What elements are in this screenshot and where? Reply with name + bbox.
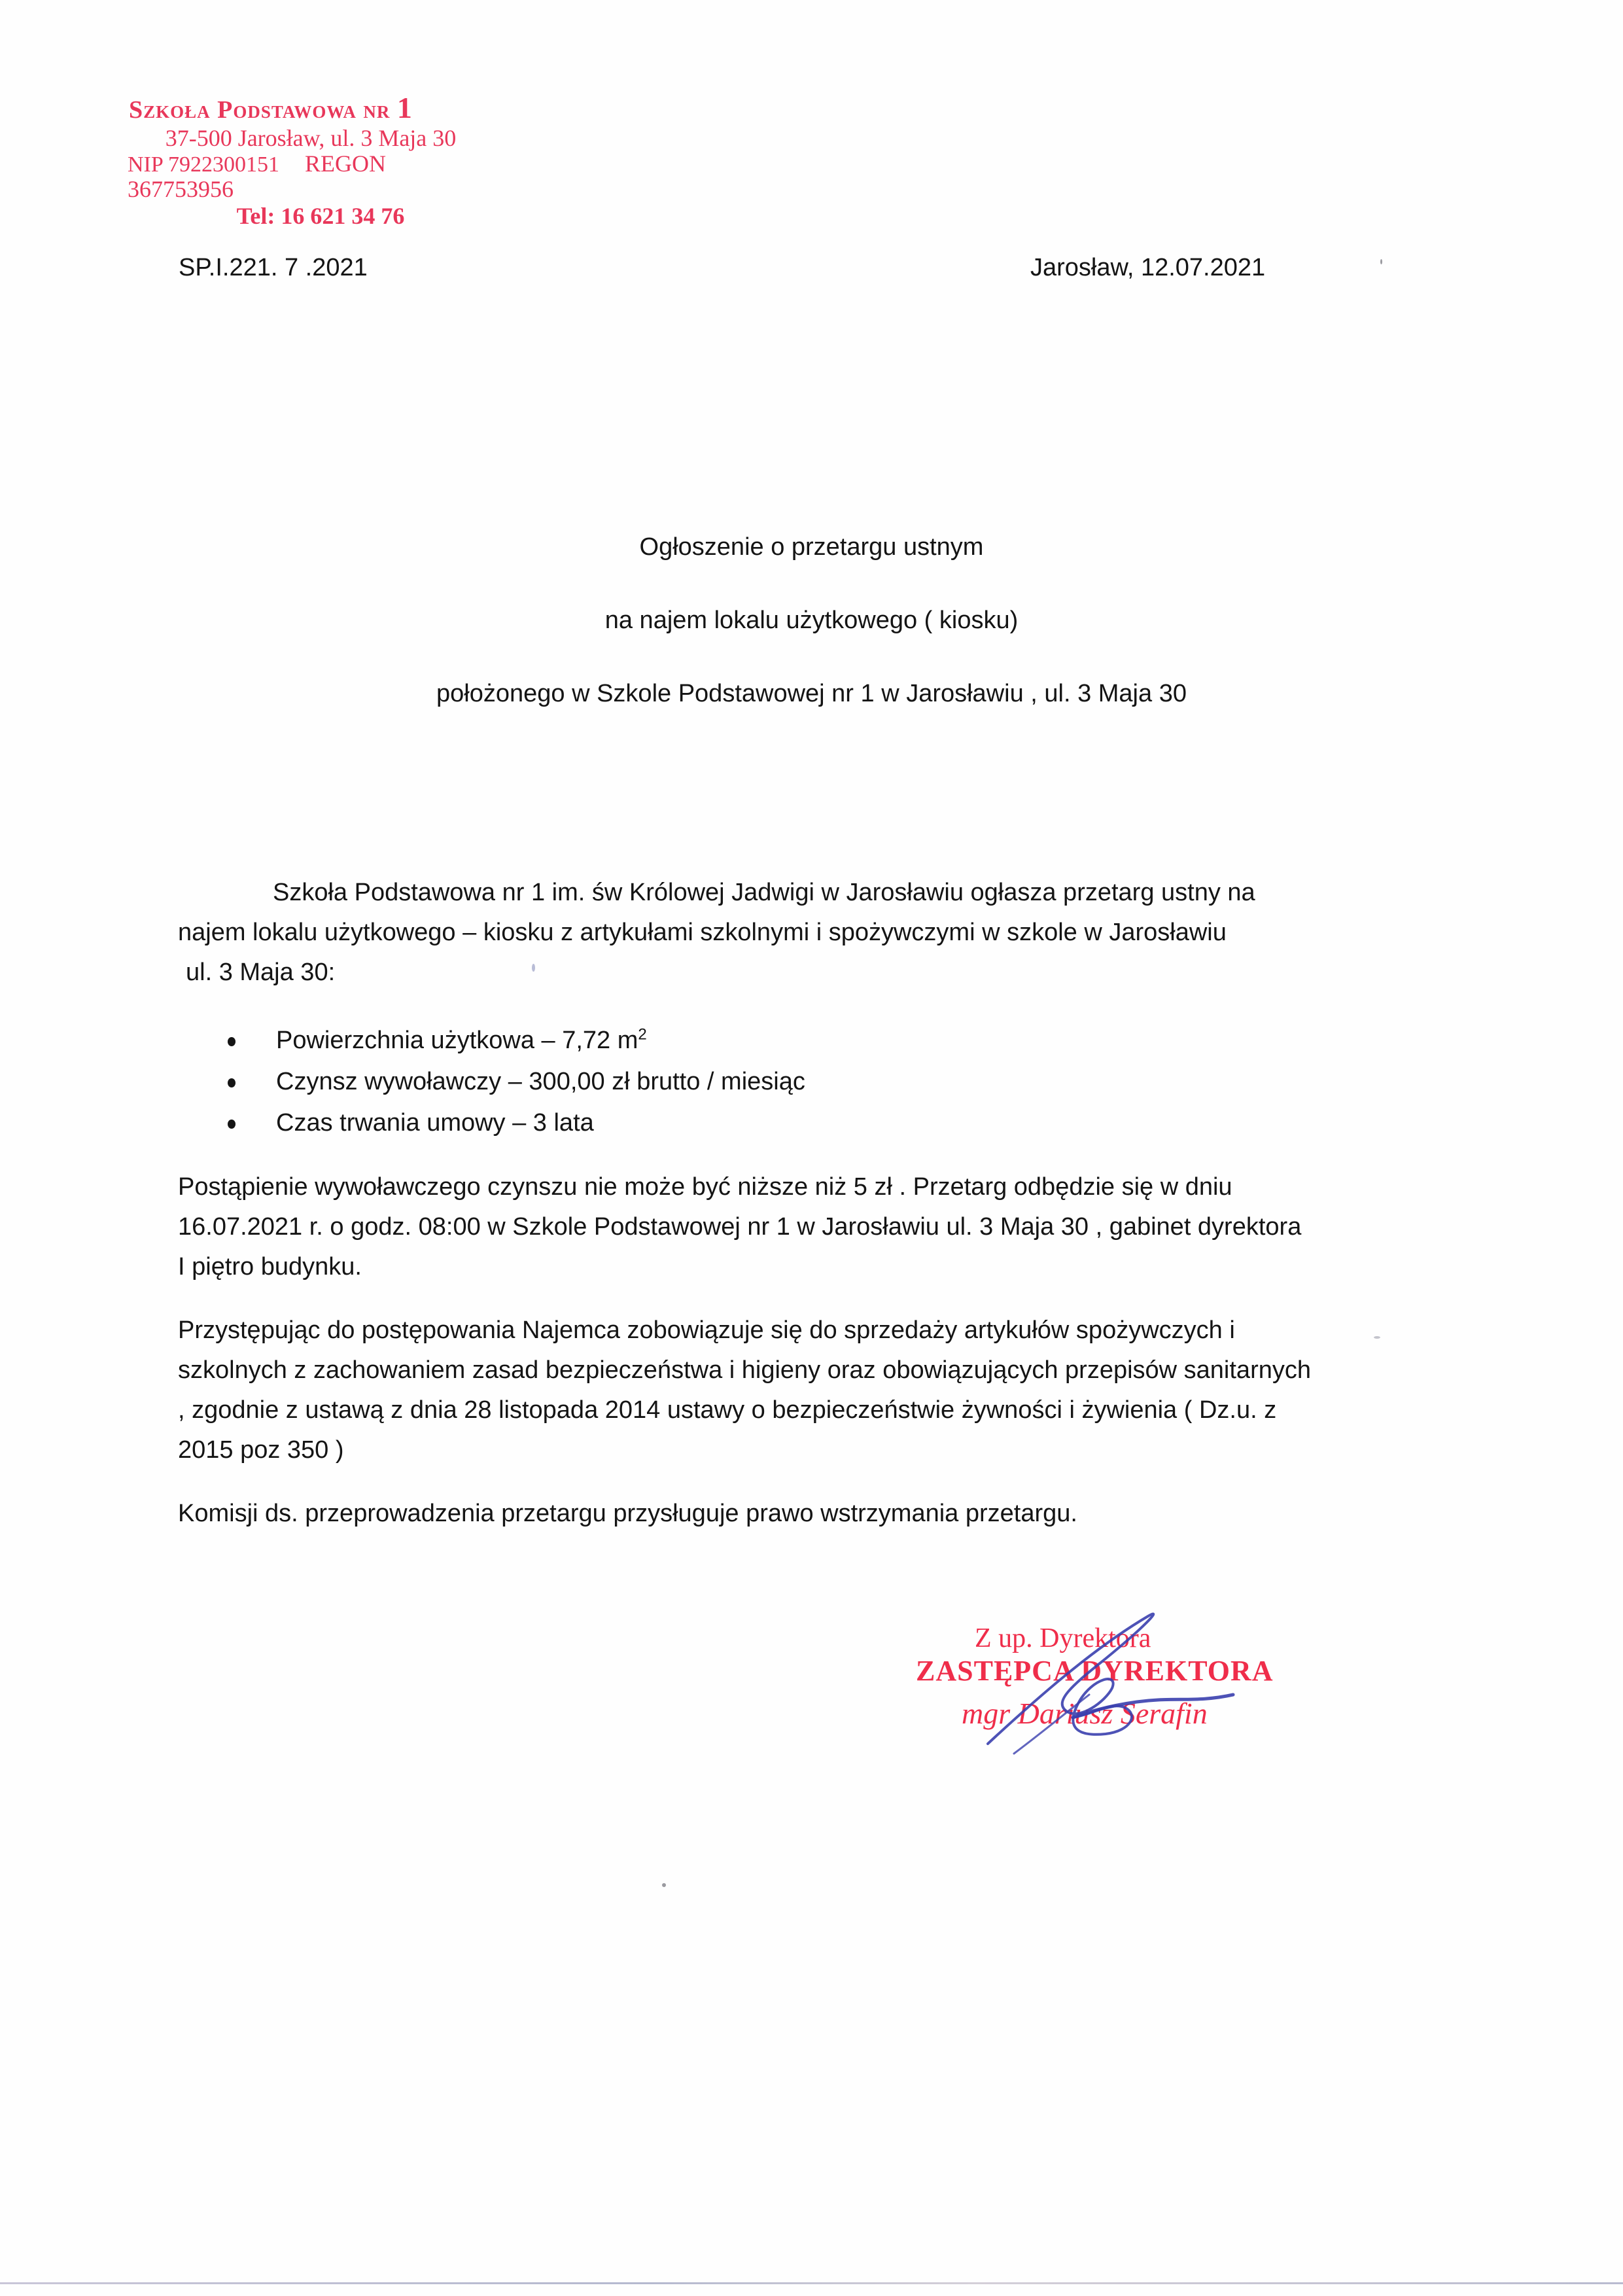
paragraph-line: I piętro budynku. xyxy=(178,1247,1427,1287)
title-line-2: na najem lokalu użytkowego ( kiosku) xyxy=(0,607,1623,680)
list-item: Czynsz wywoławczy – 300,00 zł brutto / m… xyxy=(178,1061,1427,1103)
announcement-body: Szkoła Podstawowa nr 1 im. św Królowej J… xyxy=(178,873,1427,1534)
superscript: 2 xyxy=(638,1025,646,1043)
scan-speck xyxy=(662,1883,666,1887)
list-item: Czas trwania umowy – 3 lata xyxy=(178,1103,1427,1144)
stamp-phone: Tel: 16 621 34 76 xyxy=(128,203,494,229)
paragraph-line: Przystępując do postępowania Najemca zob… xyxy=(178,1311,1427,1351)
paragraph-line: Komisji ds. przeprowadzenia przetargu pr… xyxy=(178,1494,1427,1534)
paragraph-line: 2015 poz 350 ) xyxy=(178,1430,1427,1470)
terms-list: Powierzchnia użytkowa – 7,72 m2 Czynsz w… xyxy=(178,1020,1427,1144)
scan-speck xyxy=(532,964,535,972)
bullet-icon xyxy=(228,1120,236,1129)
intro-line-2: najem lokalu użytkowego – kiosku z artyk… xyxy=(178,913,1427,953)
list-item: Powierzchnia użytkowa – 7,72 m2 xyxy=(178,1020,1427,1061)
reference-number: SP.I.221. 7 .2021 xyxy=(179,254,368,282)
title-line-3: położonego w Szkole Podstawowej nr 1 w J… xyxy=(0,680,1623,753)
term-area: Powierzchnia użytkowa – 7,72 m xyxy=(276,1027,638,1054)
term-rent: Czynsz wywoławczy – 300,00 zł brutto / m… xyxy=(276,1068,805,1095)
school-header-stamp: Szkoła Podstawowa nr 1 37-500 Jarosław, … xyxy=(128,92,494,229)
scan-speck xyxy=(1374,1336,1380,1339)
paragraph-bid-increment: Postąpienie wywoławczego czynszu nie moż… xyxy=(178,1167,1427,1287)
intro-line-3: ul. 3 Maja 30: xyxy=(178,953,1427,993)
place-date: Jarosław, 12.07.2021 xyxy=(1030,254,1265,282)
bullet-icon xyxy=(228,1078,236,1087)
stamp-address: 37-500 Jarosław, ul. 3 Maja 30 xyxy=(128,126,494,151)
title-line-1: Ogłoszenie o przetargu ustnym xyxy=(0,533,1623,607)
stamp-school-name: Szkoła Podstawowa nr 1 xyxy=(128,92,494,124)
stamp-nip: NIP 7922300151 xyxy=(128,152,279,177)
paragraph-line: , zgodnie z ustawą z dnia 28 listopada 2… xyxy=(178,1390,1427,1430)
stamp-ids: NIP 7922300151 REGON 367753956 xyxy=(128,151,494,203)
term-duration: Czas trwania umowy – 3 lata xyxy=(276,1109,594,1137)
paragraph-obligations: Przystępując do postępowania Najemca zob… xyxy=(178,1311,1427,1470)
paragraph-commission: Komisji ds. przeprowadzenia przetargu pr… xyxy=(178,1494,1427,1534)
scan-speck xyxy=(1380,259,1382,264)
signature-name: mgr Dariusz Serafin xyxy=(962,1696,1208,1731)
document-page: Szkoła Podstawowa nr 1 37-500 Jarosław, … xyxy=(0,0,1623,2296)
announcement-title: Ogłoszenie o przetargu ustnym na najem l… xyxy=(0,533,1623,753)
signature-authorization: Z up. Dyrektora xyxy=(975,1623,1151,1654)
bullet-icon xyxy=(228,1037,236,1046)
scan-edge-line xyxy=(0,2282,1623,2284)
stamp-school-name-text: Szkoła Podstawowa nr xyxy=(129,96,390,124)
signature-position: ZASTĘPCA DYREKTORA xyxy=(916,1654,1274,1687)
intro-line-1: Szkoła Podstawowa nr 1 im. św Królowej J… xyxy=(178,873,1427,913)
stamp-school-number: 1 xyxy=(397,91,413,124)
paragraph-line: Postąpienie wywoławczego czynszu nie moż… xyxy=(178,1167,1427,1207)
paragraph-line: 16.07.2021 r. o godz. 08:00 w Szkole Pod… xyxy=(178,1207,1427,1247)
paragraph-line: szkolnych z zachowaniem zasad bezpieczeń… xyxy=(178,1351,1427,1390)
